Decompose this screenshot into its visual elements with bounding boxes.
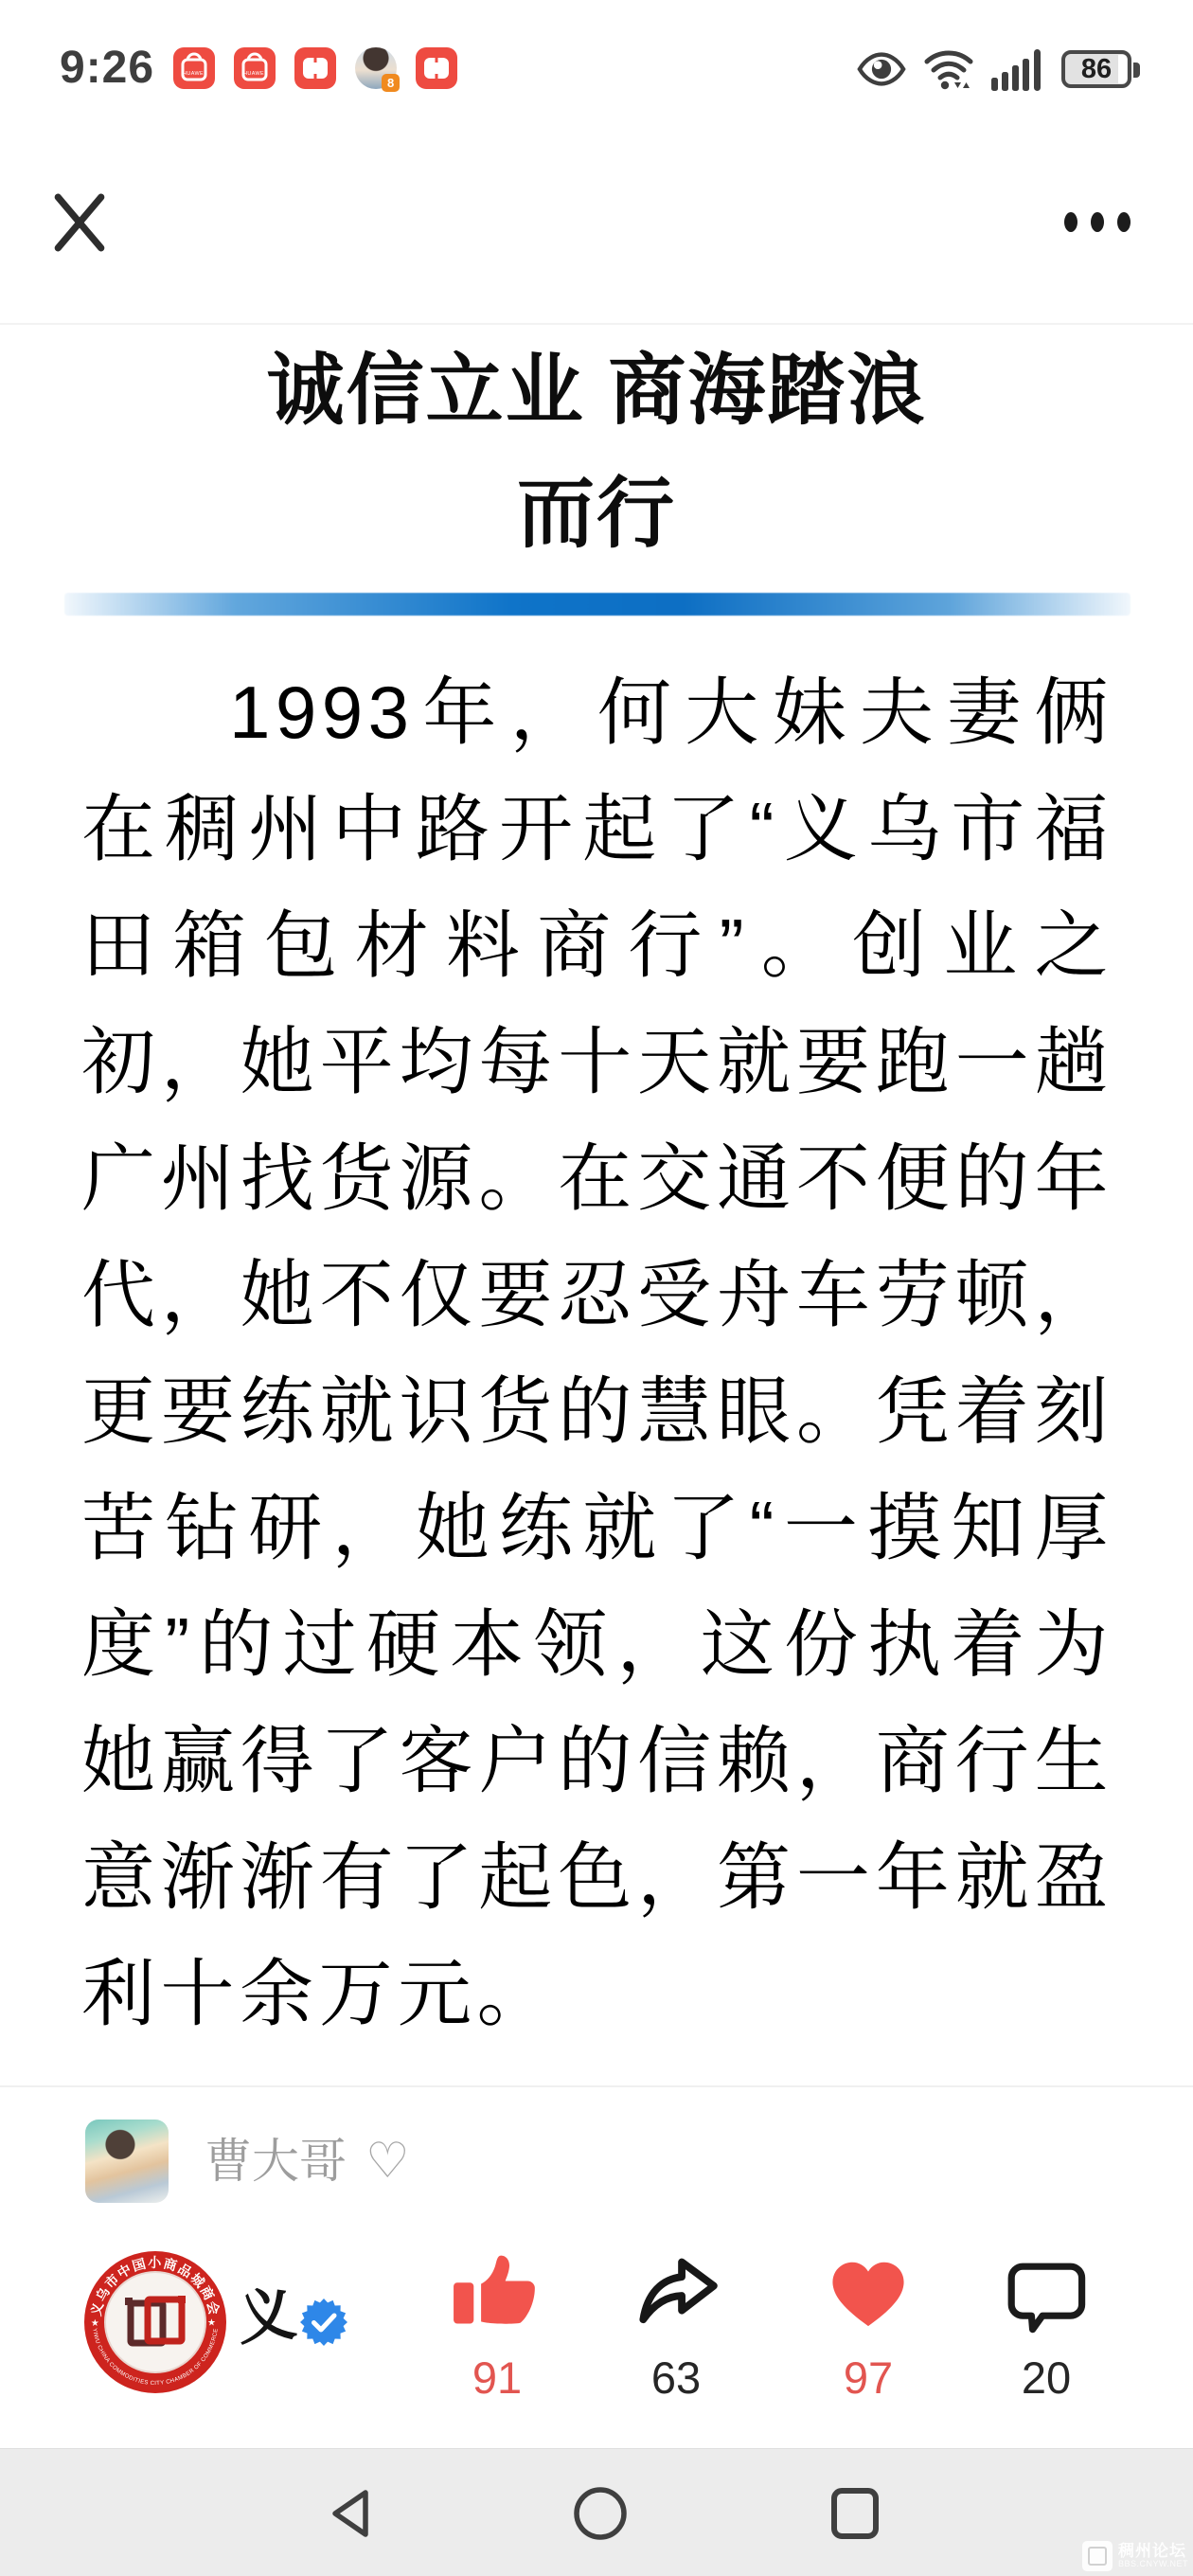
article-title-line2: 而行 — [517, 471, 676, 557]
forum-watermark-icon — [1082, 2541, 1113, 2571]
notification-icons: HUAWEI HUAWEI 8 — [173, 47, 457, 89]
status-bar-left: 9:26 HUAWEI HUAWEI — [60, 42, 457, 94]
reader-notification-icon — [294, 47, 336, 89]
eye-protection-icon — [857, 49, 906, 89]
author-heart-icon: ♡ — [365, 2120, 410, 2203]
battery-percent: 86 — [1065, 54, 1128, 84]
android-home-button[interactable] — [572, 2487, 629, 2543]
forum-watermark-title: 稠州论坛 — [1118, 2543, 1188, 2560]
home-circle-icon — [572, 2487, 629, 2540]
close-button[interactable] — [49, 191, 110, 257]
favorite-count: 97 — [810, 2352, 927, 2405]
author-name[interactable]: 曹大哥 — [205, 2120, 347, 2203]
share-button[interactable]: 63 — [617, 2241, 735, 2405]
forum-watermark: 稠州论坛 BBS.CNYW.NET — [1082, 2541, 1188, 2571]
wifi-icon — [923, 47, 974, 91]
signal-icon — [991, 47, 1044, 91]
back-triangle-icon — [326, 2487, 373, 2540]
webview-nav-bar — [0, 114, 1193, 325]
dot-icon — [1064, 212, 1077, 232]
section-divider — [0, 2085, 1193, 2087]
heart-icon — [822, 2246, 915, 2339]
thumbs-up-icon — [448, 2241, 546, 2339]
recents-square-icon — [829, 2487, 881, 2540]
speech-bubble-icon — [1001, 2248, 1092, 2339]
like-count: 91 — [438, 2352, 556, 2405]
battery-icon: 86 — [1061, 50, 1131, 88]
more-options-button[interactable] — [1064, 212, 1131, 232]
status-bar-right: 86 — [857, 47, 1131, 91]
like-button[interactable]: 91 — [438, 2241, 556, 2405]
forum-watermark-subtitle: BBS.CNYW.NET — [1118, 2560, 1188, 2568]
android-nav-bar: 稠州论坛 BBS.CNYW.NET — [0, 2448, 1193, 2576]
dot-icon — [1117, 212, 1131, 232]
clock: 9:26 — [60, 42, 154, 94]
account-signature-mark: 义 — [233, 2266, 300, 2356]
favorite-button[interactable]: 97 — [810, 2246, 927, 2405]
verified-badge-icon — [299, 2298, 348, 2347]
dot-icon — [1091, 212, 1104, 232]
close-icon — [49, 191, 110, 254]
forward-arrow-icon — [627, 2241, 725, 2339]
avatar-badge: 8 — [382, 74, 400, 92]
comment-button[interactable]: 20 — [988, 2248, 1105, 2405]
appgallery-notification-icon: HUAWEI — [234, 47, 276, 89]
article-body: 1993年，何大妹夫妻俩在稠州中路开起了“义乌市福田箱包材料商行”。创业之初，她… — [81, 654, 1113, 2052]
avatar-notification-icon: 8 — [355, 47, 397, 89]
android-recents-button[interactable] — [829, 2487, 881, 2543]
reader-notification-icon — [416, 47, 457, 89]
svg-text:HUAWEI: HUAWEI — [183, 71, 205, 77]
status-bar: 9:26 HUAWEI HUAWEI — [0, 0, 1193, 114]
android-back-button[interactable] — [326, 2487, 373, 2543]
share-count: 63 — [617, 2352, 735, 2405]
svg-text:HUAWEI: HUAWEI — [243, 71, 266, 77]
title-underline-bar — [64, 593, 1131, 616]
comment-count: 20 — [988, 2352, 1105, 2405]
chamber-of-commerce-logo[interactable]: 义乌市中国小商品城商会 YIWU CHINA COMMODITIES CITY … — [81, 2248, 229, 2396]
author-avatar[interactable] — [85, 2120, 169, 2203]
article-title: 诚信立业 商海踏浪 而行 — [57, 330, 1136, 576]
article-title-line1: 诚信立业 商海踏浪 — [267, 348, 927, 434]
phone-screen: 9:26 HUAWEI HUAWEI — [0, 0, 1193, 2576]
author-row: 曹大哥 ♡ — [85, 2120, 410, 2203]
appgallery-notification-icon: HUAWEI — [173, 47, 215, 89]
